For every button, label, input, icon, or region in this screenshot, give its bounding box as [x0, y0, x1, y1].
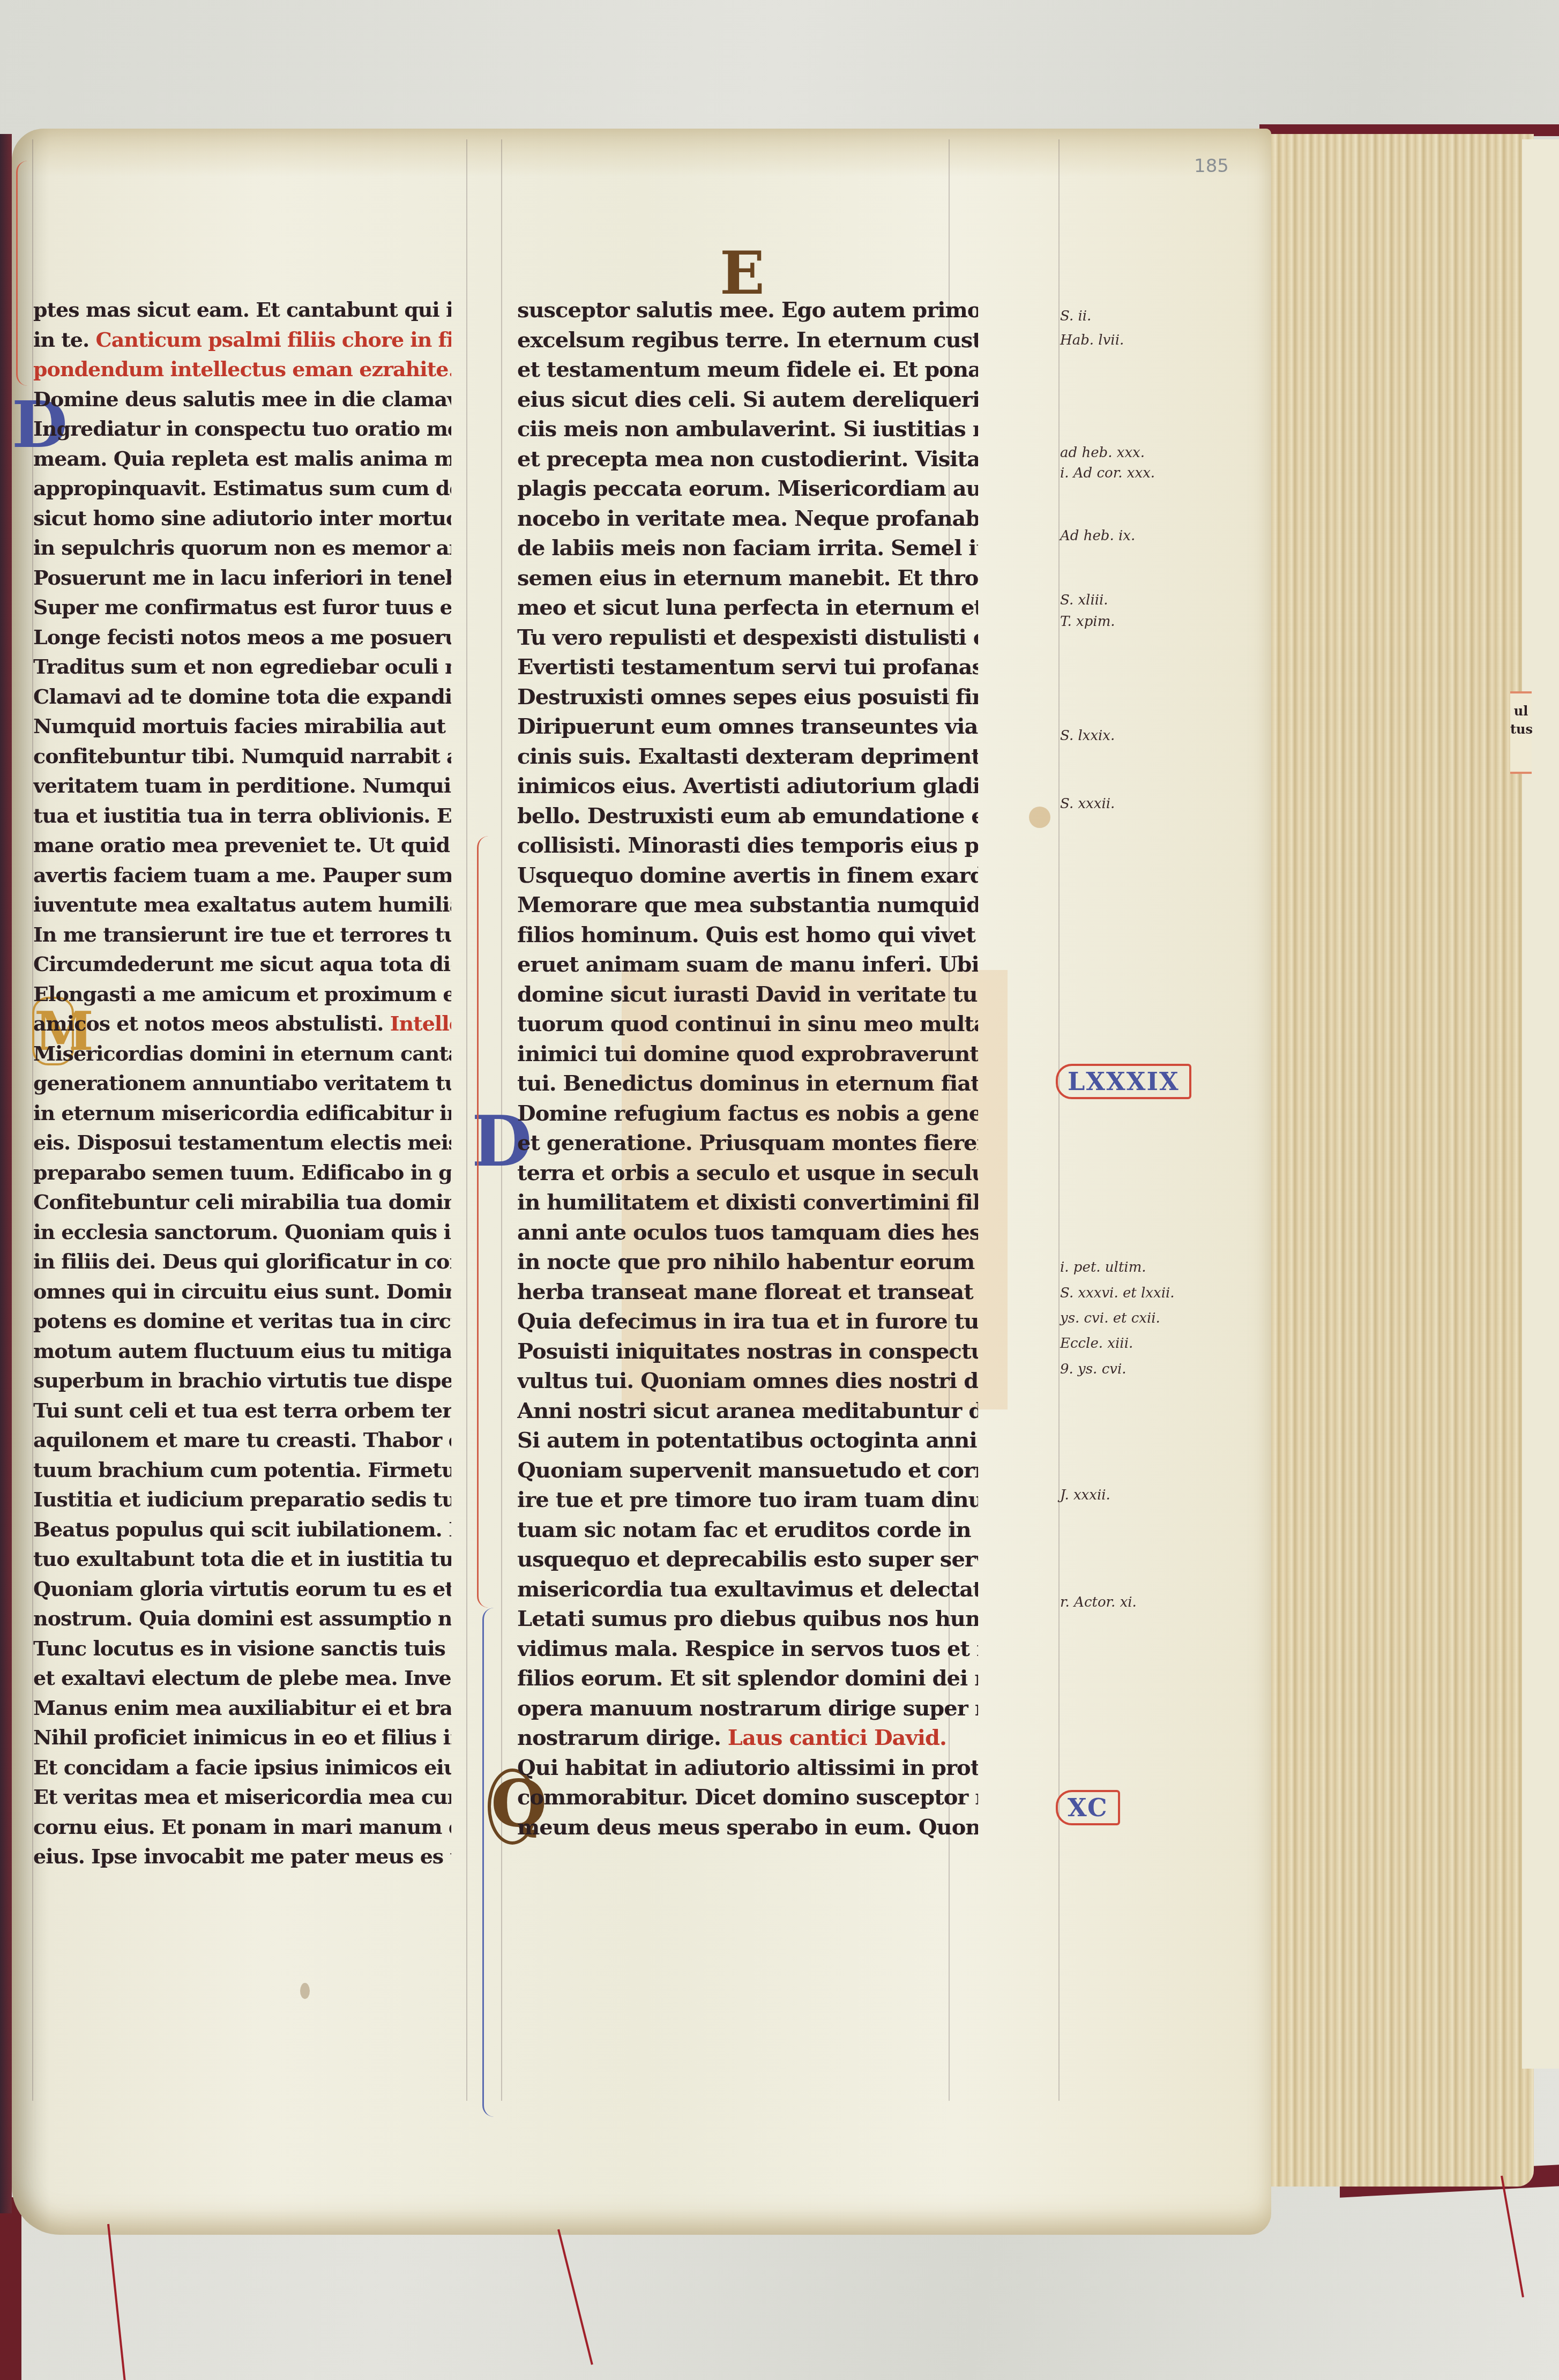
text-line: Traditus sum et non egrediebar oculi mei… [33, 654, 451, 678]
text-line: eius. Ipse invocabit me pater meus es tu… [33, 1844, 451, 1868]
text-line: Memorare que mea substantia numquid enim… [517, 892, 978, 917]
text-line: ptes mas sicut eam. Et cantabunt qui in … [33, 297, 451, 322]
text-line: eis. Disposui testamentum electis meis i… [33, 1130, 451, 1154]
marginal-reference: i. pet. ultim. [1060, 1259, 1146, 1275]
psalm-number-badge: LXXXIX [1056, 1064, 1191, 1099]
text-line: mane oratio mea preveniet te. Ut quid do… [33, 833, 451, 857]
marginal-reference: Eccle. xiii. [1060, 1336, 1133, 1352]
text-segment: amicos et notos meos abstulisti. [33, 1011, 390, 1035]
text-line: meum deus meus sperabo in eum. Quoniam i… [517, 1815, 978, 1840]
marginal-reference: S. xxxvi. et lxxii. [1060, 1285, 1175, 1301]
text-line: confitebuntur tibi. Numquid narrabit ali… [33, 744, 451, 768]
binding-cover-left [0, 134, 12, 2213]
text-line: Tunc locutus es in visione sanctis tuis … [33, 1636, 451, 1660]
next-page-edge [1522, 139, 1559, 2069]
page-stack-fore-edge [1271, 134, 1534, 2187]
text-line: appropinquavit. Estimatus sum cum descen… [33, 476, 451, 500]
text-line: Ingrediatur in conspectu tuo oratio mea … [33, 416, 451, 441]
text-line: semen eius in eternum manebit. Et thronu… [517, 565, 978, 591]
text-segment: in te. [33, 327, 95, 352]
text-line: nocebo in veritate mea. Neque profanabo … [517, 506, 978, 531]
text-line: filios hominum. Quis est homo qui vivet … [517, 922, 978, 947]
text-line: Elongasti a me amicum et proximum et not… [33, 982, 451, 1006]
text-line: Clamavi ad te domine tota die expandi ad… [33, 684, 451, 708]
marginal-reference: S. xxxii. [1060, 796, 1115, 812]
text-line: in filiis dei. Deus qui glorificatur in … [33, 1249, 451, 1273]
text-line: Tui sunt celi et tua est terra orbem ter… [33, 1398, 451, 1422]
text-line: excelsum regibus terre. In eternum custo… [517, 327, 978, 353]
text-line: cornu eius. Et ponam in mari manum eius … [33, 1815, 451, 1839]
text-line: in te. Canticum psalmi filiis chore in f… [33, 327, 451, 352]
text-line: Tu vero repulisti et despexisti distulis… [517, 625, 978, 650]
text-line: Posuisti iniquitates nostras in conspect… [517, 1339, 978, 1364]
marginal-reference: Hab. lvii. [1060, 332, 1124, 348]
text-line: tuam sic notam fac et eruditos corde in … [517, 1517, 978, 1542]
rubric-text: Intellectus ethan is [390, 1011, 451, 1035]
text-segment: Misericordias domini in eternum cantabo … [33, 1041, 451, 1065]
middle-text-column: susceptor salutis mee. Ego autem primoge… [517, 297, 983, 1852]
text-line: Iustitia et iudicium preparatio sedis tu… [33, 1487, 451, 1511]
text-line: filios eorum. Et sit splendor domini dei… [517, 1666, 978, 1691]
marginal-reference: i. Ad cor. xxx. [1060, 465, 1155, 481]
text-line: terra et orbis a seculo et usque in secu… [517, 1160, 978, 1185]
text-line: cinis suis. Exaltasti dexteram depriment… [517, 744, 978, 769]
text-line: Confitebuntur celi mirabilia tua domine … [33, 1190, 451, 1214]
text-line: et exaltavi electum de plebe mea. Inveni… [33, 1666, 451, 1690]
text-line: Misericordias domini in eternum cantabo … [33, 1041, 451, 1065]
text-line: Posuerunt me in lacu inferiori in tenebr… [33, 565, 451, 590]
text-line: veritatem tuam in perditione. Numquid co… [33, 773, 451, 797]
text-line: Anni nostri sicut aranea meditabuntur di… [517, 1398, 978, 1423]
text-line: ciis meis non ambulaverint. Si iustitias… [517, 416, 978, 442]
stain [300, 1983, 310, 1999]
decorated-initial-e: E [718, 241, 766, 305]
text-line: in ecclesia sanctorum. Quoniam quis in n… [33, 1220, 451, 1244]
text-line: Longe fecisti notos meos a me posuerunt … [33, 625, 451, 649]
text-line: Quia defecimus in ira tua et in furore t… [517, 1309, 978, 1334]
text-line: anni ante oculos tuos tamquam dies heste… [517, 1220, 978, 1245]
text-segment: tui. Benedictus dominus in eternum fiat … [517, 1071, 978, 1096]
text-line: Usquequo domine avertis in finem exardes… [517, 863, 978, 888]
text-line: Et veritas mea et misericordia mea cum i… [33, 1785, 451, 1809]
text-line: domine sicut iurasti David in veritate t… [517, 982, 978, 1007]
marginal-reference: S. lxxix. [1060, 728, 1115, 744]
text-line: herba transeat mane floreat et transeat … [517, 1279, 978, 1304]
text-line: plagis peccata eorum. Misericordiam aute… [517, 476, 978, 501]
red-penwork-flourish [477, 836, 500, 1608]
text-line: Nihil proficiet inimicus in eo et filius… [33, 1725, 451, 1749]
text-line: ire tue et pre timore tuo iram tuam dinu… [517, 1487, 978, 1512]
marginal-reference: S. ii. [1060, 308, 1091, 324]
text-line: Evertisti testamentum servi tui profanas… [517, 654, 978, 680]
text-line: bello. Destruxisti eum ab emundatione et… [517, 803, 978, 829]
text-line: eruet animam suam de manu inferi. Ubi su… [517, 952, 978, 977]
text-line: tui. Benedictus dominus in eternum fiat … [517, 1071, 978, 1096]
text-line: eius sicut dies celi. Si autem derelique… [517, 387, 978, 412]
text-line: vultus tui. Quoniam omnes dies nostri de… [517, 1368, 978, 1393]
marginal-reference: r. Actor. xi. [1060, 1594, 1137, 1610]
text-line: et generatione. Priusquam montes fierent… [517, 1130, 978, 1155]
text-line: Si autem in potentatibus octoginta anni … [517, 1428, 978, 1453]
text-line: Quoniam gloria virtutis eorum tu es et i… [33, 1577, 451, 1601]
binding-cover-left-bottom [0, 2197, 21, 2380]
rubric-text: Canticum psalmi filiis chore in finem pr… [95, 327, 451, 352]
text-line: commorabitur. Dicet domino susceptor meu… [517, 1785, 978, 1810]
text-line: Domine refugium factus es nobis a genera… [517, 1101, 978, 1126]
text-line: susceptor salutis mee. Ego autem primoge… [517, 297, 978, 323]
text-line: amicos et notos meos abstulisti. Intelle… [33, 1011, 451, 1035]
text-line: Manus enim mea auxiliabitur ei et brachi… [33, 1696, 451, 1720]
text-line: opera manuum nostrarum dirige super nos … [517, 1696, 978, 1721]
left-text-column: ptes mas sicut eam. Et cantabunt qui in … [33, 297, 462, 1905]
text-line: generationem annuntiabo veritatem tuam i… [33, 1071, 451, 1095]
text-segment: Domine refugium factus es nobis a genera… [517, 1101, 978, 1126]
ruling-line [466, 139, 467, 2101]
text-line: Beatus populus qui scit iubilationem. Do… [33, 1517, 451, 1541]
text-line: Qui habitat in adiutorio altissimi in pr… [517, 1755, 978, 1780]
folio-number: 185 [1194, 155, 1229, 177]
edge-fragment-line: tus [1510, 720, 1532, 738]
text-line: misericordia tua exultavimus et delectat… [517, 1577, 978, 1602]
text-line: potens es domine et veritas tua in circu… [33, 1309, 451, 1333]
text-line: Super me confirmatus est furor tuus et o… [33, 595, 451, 619]
page-top-shading [12, 129, 1271, 177]
marginal-reference: 9. ys. cvi. [1060, 1361, 1126, 1377]
marginal-reference: ad heb. xxx. [1060, 445, 1145, 461]
text-line: in nocte que pro nihilo habentur eorum a… [517, 1249, 978, 1274]
marginal-reference: J. xxxii. [1060, 1487, 1110, 1503]
text-line: avertis faciem tuam a me. Pauper sum ego… [33, 863, 451, 887]
text-line: Letati sumus pro diebus quibus nos humil… [517, 1606, 978, 1631]
text-line: Quoniam supervenit mansuetudo et corripi… [517, 1458, 978, 1483]
text-line: de labiis meis non faciam irrita. Semel … [517, 535, 978, 561]
text-line: collisisti. Minorasti dies temporis eius… [517, 833, 978, 858]
text-line: omnes qui in circuitu eius sunt. Domine … [33, 1279, 451, 1303]
text-line: Diripuerunt eum omnes transeuntes viam f… [517, 714, 978, 739]
text-line: usquequo et deprecabilis esto super serv… [517, 1547, 978, 1572]
text-line: Numquid mortuis facies mirabilia aut med… [33, 714, 451, 738]
text-line: tua et iustitia tua in terra oblivionis.… [33, 803, 451, 827]
text-line: et precepta mea non custodierint. Visita… [517, 446, 978, 472]
text-line: Et concidam a facie ipsius inimicos eius… [33, 1755, 451, 1779]
text-line: Destruxisti omnes sepes eius posuisti fi… [517, 684, 978, 710]
edge-fragment-line: ul [1510, 702, 1532, 720]
text-line: superbum in brachio virtutis tue dispers… [33, 1368, 451, 1392]
text-line: in sepulchris quorum non es memor ampliu… [33, 535, 451, 559]
text-line: inimicos eius. Avertisti adiutorium glad… [517, 773, 978, 799]
text-line: iuventute mea exaltatus autem humiliatus… [33, 892, 451, 916]
text-segment: nostrarum dirige. [517, 1725, 728, 1750]
text-line: et testamentum meum fidele ei. Et ponam … [517, 357, 978, 382]
blue-penwork-flourish [482, 1608, 505, 2117]
text-line: tuum brachium cum potentia. Firmetur man… [33, 1458, 451, 1482]
text-line: inimici tui domine quod exprobraverunt c… [517, 1041, 978, 1066]
stain [1029, 807, 1050, 828]
text-line: meo et sicut luna perfecta in eternum et… [517, 595, 978, 620]
text-line: in eternum misericordia edificabitur in … [33, 1101, 451, 1125]
text-line: nostrarum dirige. Laus cantici David. [517, 1725, 978, 1750]
text-line: Domine deus salutis mee in die clamavi e… [33, 387, 451, 411]
psalm-number-badge: XC [1056, 1790, 1120, 1825]
text-line: motum autem fluctuum eius tu mitigas. Tu… [33, 1339, 451, 1363]
text-line: aquilonem et mare tu creasti. Thabor et … [33, 1428, 451, 1452]
page-edge-text-fragment: ul tus [1510, 691, 1532, 774]
text-line: nostrum. Quia domini est assumptio nostr… [33, 1606, 451, 1630]
marginal-reference: Ad heb. ix. [1060, 528, 1135, 544]
rubric-line: pondendum intellectus eman ezrahite. [33, 357, 451, 381]
text-line: sicut homo sine adiutorio inter mortuos … [33, 506, 451, 530]
marginal-reference: T. xpim. [1060, 614, 1115, 630]
text-line: meam. Quia repleta est malis anima mea e… [33, 446, 451, 471]
text-line: tuo exultabunt tota die et in iustitia t… [33, 1547, 451, 1571]
text-line: in humilitatem et dixisti convertimini f… [517, 1190, 978, 1215]
text-line: In me transierunt ire tue et terrores tu… [33, 922, 451, 946]
text-line: tuorum quod continui in sinu meo multaru… [517, 1011, 978, 1036]
text-line: vidimus mala. Respice in servos tuos et … [517, 1636, 978, 1661]
text-line: Circumdederunt me sicut aqua tota die ci… [33, 952, 451, 976]
marginal-reference: ys. cvi. et cxii. [1060, 1310, 1160, 1326]
text-line: preparabo semen tuum. Edificabo in gener… [33, 1160, 451, 1184]
rubric-text: Laus cantici David. [728, 1725, 946, 1750]
marginal-reference: S. xliii. [1060, 592, 1108, 608]
